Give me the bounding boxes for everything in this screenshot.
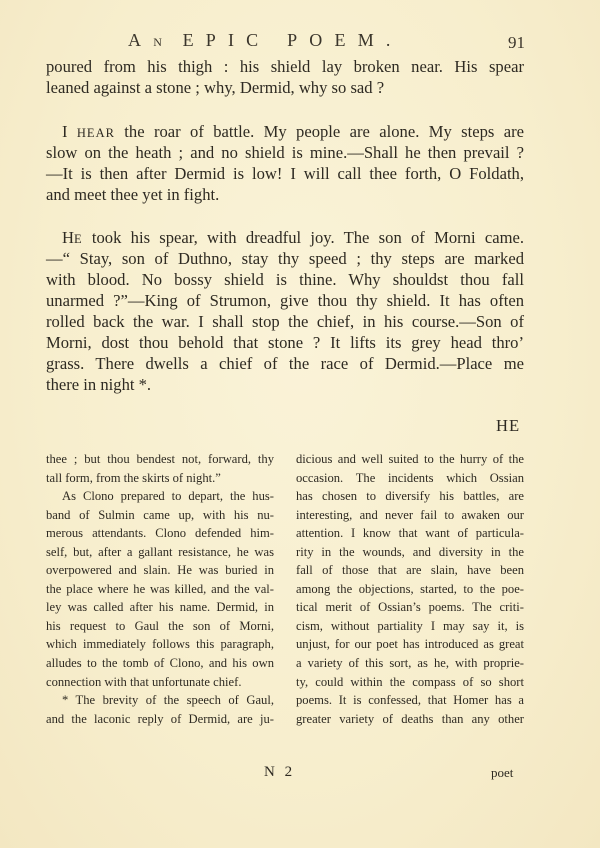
- text-line: HE took his spear, with dreadful joy. Th…: [46, 227, 524, 248]
- text-line: grass. There dwells a chief of the race …: [46, 353, 524, 374]
- text-line: leaned against a stone ; why, Dermid, wh…: [46, 77, 524, 98]
- note-line: his request to Gaul the son of Morni,: [46, 617, 274, 636]
- note-line: among the objections, started, to the po…: [296, 580, 524, 599]
- note-line: dicious and well suited to the hurry of …: [296, 450, 524, 469]
- lead-cap: I: [62, 122, 68, 141]
- line-rest: the roar of battle. My people are alone.…: [115, 122, 524, 141]
- catchword: HE: [496, 416, 520, 436]
- paragraph-3: HE took his spear, with dreadful joy. Th…: [46, 227, 524, 395]
- note-line: poems. It is confessed, that Homer has a: [296, 691, 524, 710]
- note-line: As Clono prepared to depart, the hus-: [46, 487, 274, 506]
- note-line: tical merit of Ossian’s poems. The criti…: [296, 598, 524, 617]
- note-line: overpowered and slain. He was buried in: [46, 561, 274, 580]
- note-line: a variety of this sort, as he, with prop…: [296, 654, 524, 673]
- text-line: poured from his thigh : his shield lay b…: [46, 56, 524, 77]
- running-title-initial: A: [128, 30, 153, 50]
- lead-cap: H: [62, 228, 74, 247]
- text-line: rolled back the war. I shall stop the ch…: [46, 311, 524, 332]
- note-line: alludes to the tomb of Clono, and his ow…: [46, 654, 274, 673]
- note-line: ty, could within the compass of so short: [296, 673, 524, 692]
- note-line: the place where he was killed, and the v…: [46, 580, 274, 599]
- note-line: interesting, and never fail to awaken ou…: [296, 506, 524, 525]
- note-line: connection with that unfortunate chief.: [46, 673, 274, 692]
- note-line: self, but, after a gallant resistance, h…: [46, 543, 274, 562]
- text-line: Morni, dost thou behold that stone ? It …: [46, 332, 524, 353]
- text-line: slow on the heath ; and no shield is min…: [46, 142, 524, 163]
- text-line: and meet thee yet in fight.: [46, 184, 524, 205]
- book-page: AN EPIC POEM. 91 poured from his thigh :…: [0, 0, 600, 848]
- running-title: AN EPIC POEM.: [128, 30, 403, 51]
- note-line: greater variety of deaths than any other: [296, 710, 524, 729]
- footnote-column-left: thee ; but thou bendest not, forward, th…: [46, 450, 274, 728]
- note-line: thee ; but thou bendest not, forward, th…: [46, 450, 274, 469]
- lead-smallcaps: HEAR: [77, 126, 115, 140]
- footnote-catchword: poet: [491, 765, 513, 781]
- lead-smallcaps: E: [74, 232, 83, 246]
- footnote-column-right: dicious and well suited to the hurry of …: [296, 450, 524, 728]
- note-line: unjust, for our poet has introduced as g…: [296, 635, 524, 654]
- text-line: with blood. No bossy shield is thine. Wh…: [46, 269, 524, 290]
- signature-mark: N 2: [264, 764, 295, 781]
- paragraph-2: I HEAR the roar of battle. My people are…: [46, 121, 524, 205]
- note-line: attention. I know that want of particula…: [296, 524, 524, 543]
- text-line: —“ Stay, son of Duthno, stay thy speed ;…: [46, 248, 524, 269]
- note-line: tall form, from the skirts of night.”: [46, 469, 274, 488]
- note-line: * The brevity of the speech of Gaul,: [46, 691, 274, 710]
- paragraph-1: poured from his thigh : his shield lay b…: [46, 56, 524, 98]
- note-line: band of Sulmin came up, with his nu-: [46, 506, 274, 525]
- text-line: there in night *.: [46, 374, 524, 395]
- text-line: —It is then after Dermid is low! I will …: [46, 163, 524, 184]
- note-line: rity in the wounds, and diversity in the: [296, 543, 524, 562]
- note-line: occasion. The incidents which Ossian: [296, 469, 524, 488]
- note-line: which immediately follows this paragraph…: [46, 635, 274, 654]
- text-line: I HEAR the roar of battle. My people are…: [46, 121, 524, 142]
- page-number: 91: [508, 33, 525, 53]
- note-line: has chosen to diversify his battles, are: [296, 487, 524, 506]
- note-line: cism, without partiality I may say it, i…: [296, 617, 524, 636]
- line-rest: took his spear, with dreadful joy. The s…: [83, 228, 524, 247]
- running-head: AN EPIC POEM. 91: [0, 30, 600, 52]
- note-line: and the laconic reply of Dermid, are ju-: [46, 710, 274, 729]
- note-line: merous attendants. Clono defended him-: [46, 524, 274, 543]
- text-line: unarmed ?”—King of Strumon, give thou th…: [46, 290, 524, 311]
- running-title-rest: EPIC POEM.: [183, 30, 403, 50]
- note-line: fall of those that are slain, have been: [296, 561, 524, 580]
- running-title-initial-sc: N: [153, 35, 166, 49]
- note-line: ley was called after his name. Dermid, i…: [46, 598, 274, 617]
